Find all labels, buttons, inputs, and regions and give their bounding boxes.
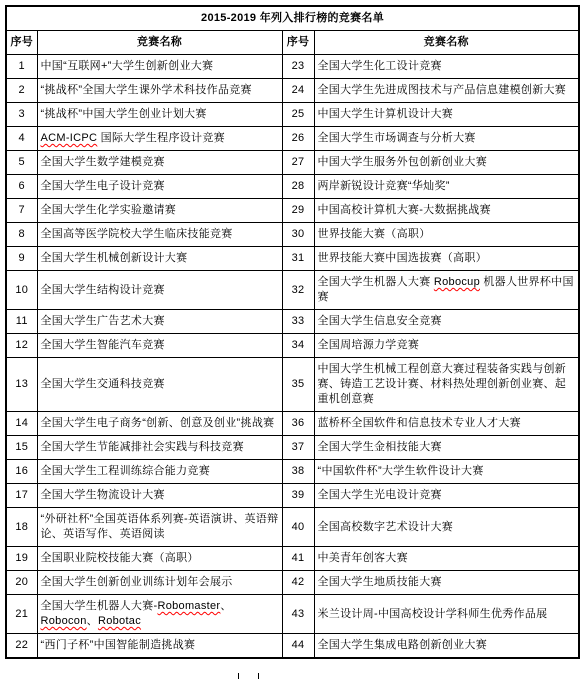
row-number-cell: 11 xyxy=(6,310,37,334)
name-text: 全国大学生结构设计竞赛 xyxy=(41,284,165,296)
row-number-cell: 43 xyxy=(282,595,314,634)
row-number-cell: 34 xyxy=(282,334,314,358)
row-number-cell: 14 xyxy=(6,412,37,436)
row-number-cell: 16 xyxy=(6,460,37,484)
name-text: 蓝桥杯全国软件和信息技术专业人才大赛 xyxy=(318,417,521,429)
table-row: 9全国大学生机械创新设计大赛31世界技能大赛中国选拔赛（高职） xyxy=(6,247,579,271)
competition-name-cell: 全国大学生化学实验邀请赛 xyxy=(37,199,282,223)
name-text: 全国大学生智能汽车竞赛 xyxy=(41,339,165,351)
row-number-cell: 9 xyxy=(6,247,37,271)
name-text: 全国大学生电子商务“创新、创意及创业”挑战赛 xyxy=(41,417,275,429)
row-number-cell: 37 xyxy=(282,436,314,460)
competition-name-cell: 全国大学生节能减排社会实践与科技竞赛 xyxy=(37,436,282,460)
table-row: 14全国大学生电子商务“创新、创意及创业”挑战赛36蓝桥杯全国软件和信息技术专业… xyxy=(6,412,579,436)
name-text: 两岸新锐设计竞赛“华灿奖” xyxy=(318,180,450,192)
row-number-cell: 13 xyxy=(6,358,37,412)
name-text: 全国大学生交通科技竞赛 xyxy=(41,378,165,390)
misspelled-term: Robotac xyxy=(98,615,141,627)
row-number-cell: 31 xyxy=(282,247,314,271)
name-text: 全国周培源力学竞赛 xyxy=(318,339,420,351)
misspelled-term: ACM-ICPC xyxy=(41,132,98,144)
name-text: 中国“互联网+”大学生创新创业大赛 xyxy=(41,60,214,72)
competition-name-cell: 全国大学生创新创业训练计划年会展示 xyxy=(37,571,282,595)
competition-name-cell: 全国大学生化工设计竞赛 xyxy=(314,55,579,79)
row-number-cell: 17 xyxy=(6,484,37,508)
row-number-cell: 20 xyxy=(6,571,37,595)
row-number-cell: 15 xyxy=(6,436,37,460)
name-text: 全国高等医学院校大学生临床技能竞赛 xyxy=(41,228,233,240)
competition-name-cell: 全国周培源力学竞赛 xyxy=(314,334,579,358)
title-row: 2015-2019 年列入排行榜的竞赛名单 xyxy=(6,6,579,31)
name-text: 国际大学生程序设计竞赛 xyxy=(97,132,225,144)
name-text: 中国大学生服务外包创新创业大赛 xyxy=(318,156,488,168)
name-text: “挑战杯”全国大学生课外学术科技作品竞赛 xyxy=(41,84,252,96)
competition-name-cell: 世界技能大赛（高职） xyxy=(314,223,579,247)
competition-name-cell: 全国大学生物流设计大赛 xyxy=(37,484,282,508)
competition-name-cell: 中国大学生服务外包创新创业大赛 xyxy=(314,151,579,175)
row-number-cell: 38 xyxy=(282,460,314,484)
table-row: 10全国大学生结构设计竞赛32全国大学生机器人大赛 Robocup 机器人世界杯… xyxy=(6,271,579,310)
competition-name-cell: 全国大学生交通科技竞赛 xyxy=(37,358,282,412)
name-text: 全国大学生市场调查与分析大赛 xyxy=(318,132,476,144)
competition-name-cell: “中国软件杯”大学生软件设计大赛 xyxy=(314,460,579,484)
table-row: 1中国“互联网+”大学生创新创业大赛23全国大学生化工设计竞赛 xyxy=(6,55,579,79)
competition-name-cell: 全国大学生机械创新设计大赛 xyxy=(37,247,282,271)
competition-list-table: 2015-2019 年列入排行榜的竞赛名单 序号 竞赛名称 序号 竞赛名称 1中… xyxy=(5,5,580,659)
name-text: 世界技能大赛（高职） xyxy=(318,228,431,240)
table-row: 20全国大学生创新创业训练计划年会展示42全国大学生地质技能大赛 xyxy=(6,571,579,595)
row-number-cell: 24 xyxy=(282,79,314,103)
row-number-cell: 33 xyxy=(282,310,314,334)
competition-name-cell: 蓝桥杯全国软件和信息技术专业人才大赛 xyxy=(314,412,579,436)
name-text: 中美青年创客大赛 xyxy=(318,552,408,564)
header-row: 序号 竞赛名称 序号 竞赛名称 xyxy=(6,31,579,55)
name-text: “挑战杯”中国大学生创业计划大赛 xyxy=(41,108,207,120)
name-text: 全国大学生机器人大赛 xyxy=(318,276,434,288)
name-text: 全国大学生数学建模竞赛 xyxy=(41,156,165,168)
row-number-cell: 39 xyxy=(282,484,314,508)
name-text: 全国大学生节能减排社会实践与科技竞赛 xyxy=(41,441,244,453)
name-text: 全国大学生地质技能大赛 xyxy=(318,576,442,588)
name-text: 全国大学生化工设计竞赛 xyxy=(318,60,442,72)
name-text: 全国大学生集成电路创新创业大赛 xyxy=(318,639,488,651)
competition-name-cell: 全国大学生广告艺术大赛 xyxy=(37,310,282,334)
competition-name-cell: 全国大学生先进成图技术与产品信息建模创新大赛 xyxy=(314,79,579,103)
name-text: 全国大学生化学实验邀请赛 xyxy=(41,204,177,216)
name-text: 中国高校计算机大赛-大数据挑战赛 xyxy=(318,204,491,216)
table-row: 11全国大学生广告艺术大赛33全国大学生信息安全竞赛 xyxy=(6,310,579,334)
competition-name-cell: “挑战杯”全国大学生课外学术科技作品竞赛 xyxy=(37,79,282,103)
row-number-cell: 30 xyxy=(282,223,314,247)
competition-name-cell: 全国高校数字艺术设计大赛 xyxy=(314,508,579,547)
row-number-cell: 4 xyxy=(6,127,37,151)
row-number-cell: 19 xyxy=(6,547,37,571)
row-number-cell: 23 xyxy=(282,55,314,79)
name-text: 全国大学生创新创业训练计划年会展示 xyxy=(41,576,233,588)
misspelled-term: Robocon xyxy=(41,615,87,627)
row-number-cell: 1 xyxy=(6,55,37,79)
table-body: 1中国“互联网+”大学生创新创业大赛23全国大学生化工设计竞赛2“挑战杯”全国大… xyxy=(6,55,579,659)
row-number-cell: 27 xyxy=(282,151,314,175)
name-text: 米兰设计周-中国高校设计学科师生优秀作品展 xyxy=(318,608,548,620)
row-number-cell: 25 xyxy=(282,103,314,127)
competition-name-cell: 全国大学生机器人大赛-Robomaster、Robocon、Robotac xyxy=(37,595,282,634)
table-title: 2015-2019 年列入排行榜的竞赛名单 xyxy=(6,6,579,31)
competition-name-cell: 中国大学生计算机设计大赛 xyxy=(314,103,579,127)
row-number-cell: 44 xyxy=(282,634,314,659)
name-text: 全国大学生电子设计竞赛 xyxy=(41,180,165,192)
row-number-cell: 32 xyxy=(282,271,314,310)
table-row: 2“挑战杯”全国大学生课外学术科技作品竞赛24全国大学生先进成图技术与产品信息建… xyxy=(6,79,579,103)
table-row: 7全国大学生化学实验邀请赛29中国高校计算机大赛-大数据挑战赛 xyxy=(6,199,579,223)
table-row: 3“挑战杯”中国大学生创业计划大赛25中国大学生计算机设计大赛 xyxy=(6,103,579,127)
table-row: 17全国大学生物流设计大赛39全国大学生光电设计竞赛 xyxy=(6,484,579,508)
competition-name-cell: 全国大学生信息安全竞赛 xyxy=(314,310,579,334)
table-row: 5全国大学生数学建模竞赛27中国大学生服务外包创新创业大赛 xyxy=(6,151,579,175)
name-text: “西门子杯”中国智能制造挑战赛 xyxy=(41,639,196,651)
row-number-cell: 35 xyxy=(282,358,314,412)
row-number-cell: 2 xyxy=(6,79,37,103)
row-number-cell: 10 xyxy=(6,271,37,310)
table-row: 13全国大学生交通科技竞赛35中国大学生机械工程创意大赛过程装备实践与创新赛、铸… xyxy=(6,358,579,412)
competition-name-cell: 全国大学生光电设计竞赛 xyxy=(314,484,579,508)
competition-name-cell: ACM-ICPC 国际大学生程序设计竞赛 xyxy=(37,127,282,151)
name-text: 中国大学生计算机设计大赛 xyxy=(318,108,454,120)
competition-name-cell: 全国大学生数学建模竞赛 xyxy=(37,151,282,175)
row-number-cell: 3 xyxy=(6,103,37,127)
row-number-cell: 6 xyxy=(6,175,37,199)
competition-name-cell: 全国大学生工程训练综合能力竞赛 xyxy=(37,460,282,484)
table-row: 6全国大学生电子设计竞赛28两岸新锐设计竞赛“华灿奖” xyxy=(6,175,579,199)
table-row: 21全国大学生机器人大赛-Robomaster、Robocon、Robotac4… xyxy=(6,595,579,634)
name-text: 全国大学生广告艺术大赛 xyxy=(41,315,165,327)
row-number-cell: 42 xyxy=(282,571,314,595)
competition-name-cell: 全国大学生地质技能大赛 xyxy=(314,571,579,595)
table-row: 4ACM-ICPC 国际大学生程序设计竞赛26全国大学生市场调查与分析大赛 xyxy=(6,127,579,151)
competition-name-cell: “挑战杯”中国大学生创业计划大赛 xyxy=(37,103,282,127)
table-row: 19全国职业院校技能大赛（高职）41中美青年创客大赛 xyxy=(6,547,579,571)
row-number-cell: 29 xyxy=(282,199,314,223)
competition-name-cell: 全国大学生智能汽车竞赛 xyxy=(37,334,282,358)
competition-name-cell: 米兰设计周-中国高校设计学科师生优秀作品展 xyxy=(314,595,579,634)
competition-name-cell: 全国大学生电子商务“创新、创意及创业”挑战赛 xyxy=(37,412,282,436)
row-number-cell: 8 xyxy=(6,223,37,247)
row-number-cell: 28 xyxy=(282,175,314,199)
name-text: 、 xyxy=(87,615,98,627)
name-text: “外研社杯”全国英语体系列赛-英语演讲、英语辩论、英语写作、英语阅读 xyxy=(41,513,279,540)
row-number-cell: 7 xyxy=(6,199,37,223)
name-text: 世界技能大赛中国选拔赛（高职） xyxy=(318,252,488,264)
competition-name-cell: 中国“互联网+”大学生创新创业大赛 xyxy=(37,55,282,79)
misspelled-term: Robomaster xyxy=(157,600,220,612)
table-row: 16全国大学生工程训练综合能力竞赛38“中国软件杯”大学生软件设计大赛 xyxy=(6,460,579,484)
name-text: 全国大学生先进成图技术与产品信息建模创新大赛 xyxy=(318,84,567,96)
row-number-cell: 40 xyxy=(282,508,314,547)
competition-name-cell: “外研社杯”全国英语体系列赛-英语演讲、英语辩论、英语写作、英语阅读 xyxy=(37,508,282,547)
competition-name-cell: “西门子杯”中国智能制造挑战赛 xyxy=(37,634,282,659)
name-text: 全国职业院校技能大赛（高职） xyxy=(41,552,199,564)
row-number-cell: 21 xyxy=(6,595,37,634)
name-text: 全国大学生物流设计大赛 xyxy=(41,489,165,501)
table-row: 15全国大学生节能减排社会实践与科技竞赛37全国大学生金相技能大赛 xyxy=(6,436,579,460)
header-right-competition-name: 竞赛名称 xyxy=(314,31,579,55)
row-number-cell: 41 xyxy=(282,547,314,571)
header-left-number: 序号 xyxy=(6,31,37,55)
competition-name-cell: 全国大学生结构设计竞赛 xyxy=(37,271,282,310)
competition-name-cell: 全国职业院校技能大赛（高职） xyxy=(37,547,282,571)
competition-name-cell: 两岸新锐设计竞赛“华灿奖” xyxy=(314,175,579,199)
table-row: 18“外研社杯”全国英语体系列赛-英语演讲、英语辩论、英语写作、英语阅读40全国… xyxy=(6,508,579,547)
name-text: 全国高校数字艺术设计大赛 xyxy=(318,521,454,533)
competition-name-cell: 中国高校计算机大赛-大数据挑战赛 xyxy=(314,199,579,223)
misspelled-term: Robocup xyxy=(434,276,480,288)
name-text: 全国大学生信息安全竞赛 xyxy=(318,315,442,327)
name-text: 全国大学生光电设计竞赛 xyxy=(318,489,442,501)
name-text: 全国大学生金相技能大赛 xyxy=(318,441,442,453)
table-row: 8全国高等医学院校大学生临床技能竞赛30世界技能大赛（高职） xyxy=(6,223,579,247)
name-text: 全国大学生机器人大赛- xyxy=(41,600,158,612)
row-number-cell: 12 xyxy=(6,334,37,358)
competition-name-cell: 全国大学生金相技能大赛 xyxy=(314,436,579,460)
table-row: 22“西门子杯”中国智能制造挑战赛44全国大学生集成电路创新创业大赛 xyxy=(6,634,579,659)
header-right-number: 序号 xyxy=(282,31,314,55)
table-row: 12全国大学生智能汽车竞赛34全国周培源力学竞赛 xyxy=(6,334,579,358)
row-number-cell: 5 xyxy=(6,151,37,175)
row-number-cell: 26 xyxy=(282,127,314,151)
next-table-edge-mark xyxy=(238,673,259,679)
header-left-competition-name: 竞赛名称 xyxy=(37,31,282,55)
competition-name-cell: 全国大学生市场调查与分析大赛 xyxy=(314,127,579,151)
competition-name-cell: 全国大学生集成电路创新创业大赛 xyxy=(314,634,579,659)
name-text: 中国大学生机械工程创意大赛过程装备实践与创新赛、铸造工艺设计赛、材料热处理创新创… xyxy=(318,363,567,405)
name-text: “中国软件杯”大学生软件设计大赛 xyxy=(318,465,484,477)
name-text: 全国大学生机械创新设计大赛 xyxy=(41,252,188,264)
competition-name-cell: 中美青年创客大赛 xyxy=(314,547,579,571)
row-number-cell: 36 xyxy=(282,412,314,436)
document-page: 2015-2019 年列入排行榜的竞赛名单 序号 竞赛名称 序号 竞赛名称 1中… xyxy=(0,0,583,679)
row-number-cell: 18 xyxy=(6,508,37,547)
competition-name-cell: 全国大学生机器人大赛 Robocup 机器人世界杯中国赛 xyxy=(314,271,579,310)
competition-name-cell: 中国大学生机械工程创意大赛过程装备实践与创新赛、铸造工艺设计赛、材料热处理创新创… xyxy=(314,358,579,412)
competition-name-cell: 世界技能大赛中国选拔赛（高职） xyxy=(314,247,579,271)
competition-name-cell: 全国大学生电子设计竞赛 xyxy=(37,175,282,199)
name-text: 、 xyxy=(220,600,231,612)
row-number-cell: 22 xyxy=(6,634,37,659)
competition-name-cell: 全国高等医学院校大学生临床技能竞赛 xyxy=(37,223,282,247)
name-text: 全国大学生工程训练综合能力竞赛 xyxy=(41,465,211,477)
